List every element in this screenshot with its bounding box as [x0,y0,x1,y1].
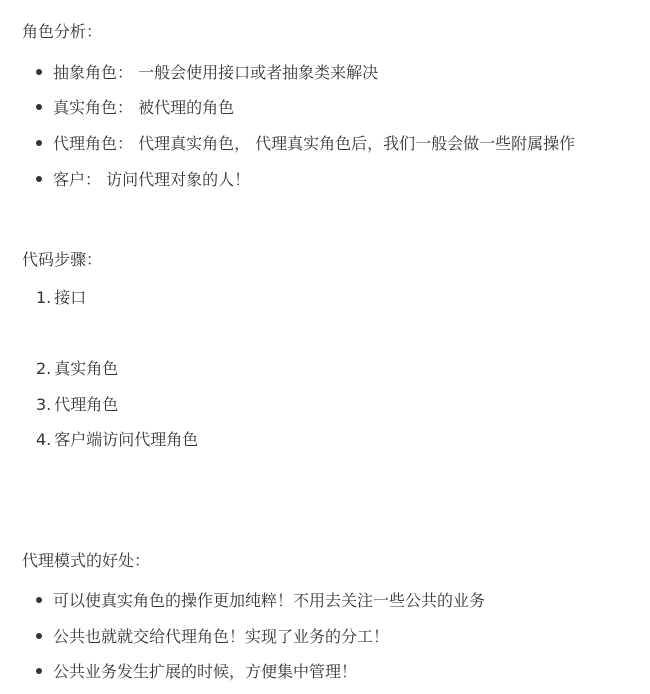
bullet-icon [36,668,42,674]
list-item-text: 抽象角色： 一般会使用接口或者抽象类来解决 [53,63,378,82]
list-item: 4.客户端访问代理角色 [36,429,198,451]
bullet-icon [36,69,42,75]
list-item-text: 客户： 访问代理对象的人！ [53,170,250,189]
list-item-text: 真实角色 [54,359,118,378]
step-number: 4. [36,429,51,451]
list-item-text: 公共也就就交给代理角色！实现了业务的分工！ [53,627,389,646]
step-number: 3. [36,394,51,416]
list-item-text: 可以使真实角色的操作更加纯粹！不用去关注一些公共的业务 [53,591,485,610]
benefits-title: 代理模式的好处： [22,550,150,572]
bullet-icon [36,633,42,639]
list-item-text: 公共业务发生扩展的时候，方便集中管理！ [53,662,357,681]
step-number: 2. [36,358,51,380]
list-item: 3.代理角色 [36,394,118,416]
list-item: 1.接口 [36,287,86,309]
steps-title: 代码步骤： [22,249,102,271]
list-item: 抽象角色： 一般会使用接口或者抽象类来解决 [36,62,378,84]
list-item: 公共业务发生扩展的时候，方便集中管理！ [36,661,357,683]
list-item-text: 客户端访问代理角色 [54,430,198,449]
list-item: 客户： 访问代理对象的人！ [36,169,250,191]
list-item-text: 真实角色： 被代理的角色 [53,98,234,117]
bullet-icon [36,140,42,146]
bullet-icon [36,104,42,110]
roles-title: 角色分析： [22,21,102,43]
list-item-text: 代理角色 [54,395,118,414]
list-item-text: 代理角色： 代理真实角色， 代理真实角色后，我们一般会做一些附属操作 [53,134,575,153]
step-number: 1. [36,287,51,309]
list-item-text: 接口 [54,288,86,307]
list-item: 真实角色： 被代理的角色 [36,97,234,119]
list-item: 2.真实角色 [36,358,118,380]
list-item: 公共也就就交给代理角色！实现了业务的分工！ [36,626,389,648]
bullet-icon [36,597,42,603]
list-item: 可以使真实角色的操作更加纯粹！不用去关注一些公共的业务 [36,590,485,612]
list-item: 代理角色： 代理真实角色， 代理真实角色后，我们一般会做一些附属操作 [36,133,575,155]
bullet-icon [36,176,42,182]
